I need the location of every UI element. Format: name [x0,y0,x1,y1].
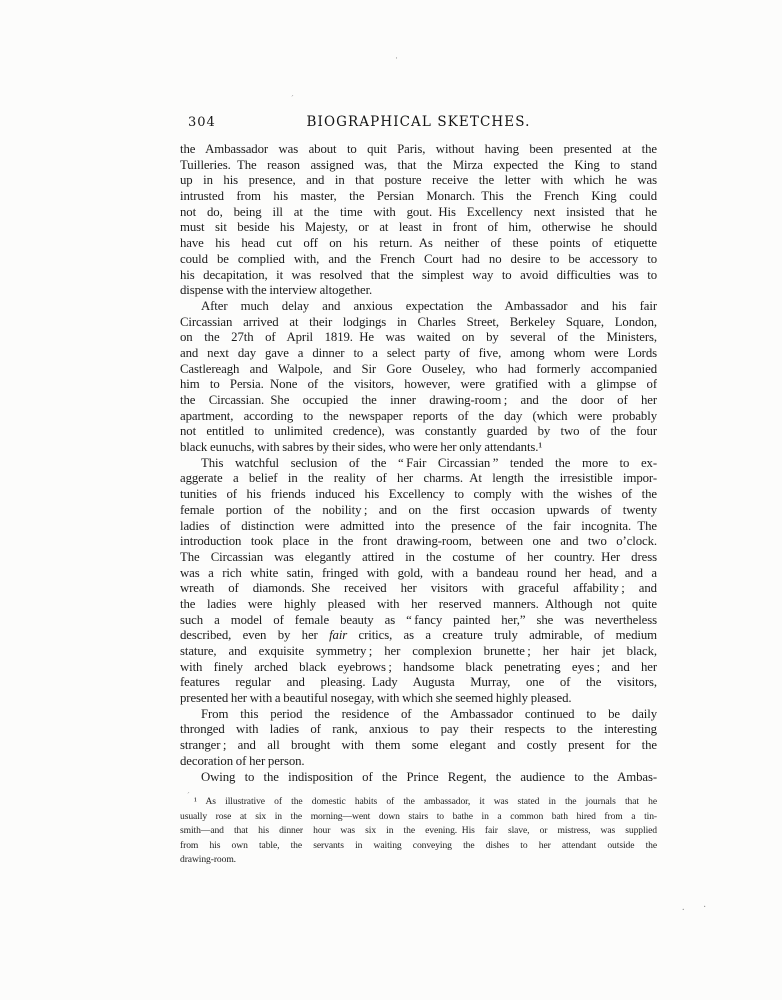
text-line: the ladies were highly pleased with her … [180,597,657,613]
scan-artifact: ˊ [291,95,294,103]
text-line: usually rose at six in the morning—went … [180,810,657,825]
paragraph-residence: From this period the residence of the Am… [180,707,657,770]
text-line: black eunuchs, with sabres by their side… [180,440,657,456]
text-line: with finely arched black eyebrows ; hand… [180,660,657,676]
text-line: intrusted from his master, the Persian M… [180,189,657,205]
text-line: must sit beside his Majesty, or at least… [180,220,657,236]
text-run: described, even by her [180,628,329,642]
text-line: such a model of female beauty as “ fancy… [180,613,657,629]
text-line: up in his presence, and in that posture … [180,173,657,189]
text-line: on the 27th of April 1819. He was waited… [180,330,657,346]
text-line: the Ambassador was about to quit Paris, … [180,142,657,158]
text-line: decoration of her person. [180,754,657,770]
text-line: not entitled to unlimited credence), was… [180,424,657,440]
text-line: ladies of distinction were admitted into… [180,519,657,535]
page-header: 304 BIOGRAPHICAL SKETCHES. [180,114,657,132]
text-line: aggerate a belief in the reality of her … [180,471,657,487]
text-line: introduction took place in the front dra… [180,534,657,550]
text-line: could be complied with, and the French C… [180,252,657,268]
paragraph-continuation: the Ambassador was about to quit Paris, … [180,142,657,299]
text-line: Tuilleries. The reason assigned was, tha… [180,158,657,174]
paragraph-arrival: After much delay and anxious expectation… [180,299,657,456]
text-line: The Circassian was elegantly attired in … [180,550,657,566]
text-line: stature, and exquisite symmetry ; her co… [180,644,657,660]
running-title: BIOGRAPHICAL SKETCHES. [180,114,657,130]
scan-artifact: . · [682,903,714,913]
text-line: tunities of his friends induced his Exce… [180,487,657,503]
text-line: not do, being ill at the time with gout.… [180,205,657,221]
text-line: from his own table, the servants in wait… [180,839,657,854]
text-line: was a rich white satin, fringed with gol… [180,566,657,582]
text-line: thronged with ladies of rank, anxious to… [180,722,657,738]
text-line: features regular and pleasing. Lady Augu… [180,675,657,691]
text-line: his decapitation, it was resolved that t… [180,268,657,284]
scan-artifact: ˊ [187,792,190,800]
text-line: Castlereagh and Walpole, and Sir Gore Ou… [180,362,657,378]
text-line: have his head cut off on his return. As … [180,236,657,252]
text-line: From this period the residence of the Am… [180,707,657,723]
scan-artifact: · [395,54,398,63]
text-line: the Circassian. She occupied the inner d… [180,393,657,409]
text-line: Circassian arrived at their lodgings in … [180,315,657,331]
text-line: apartment, according to the newspaper re… [180,409,657,425]
text-line: presented her with a beautiful nosegay, … [180,691,657,707]
paragraph-seclusion: This watchful seclusion of the “ Fair Ci… [180,456,657,707]
text-line: After much delay and anxious expectation… [180,299,657,315]
text-line: stranger ; and all brought with them som… [180,738,657,754]
text-line: smith—and that his dinner hour was six i… [180,824,657,839]
text-column: the Ambassador was about to quit Paris, … [180,142,657,785]
text-run: critics, as a creature truly admirable, … [347,628,657,642]
paragraph-audience: Owing to the indisposition of the Prince… [180,770,657,786]
text-line: him to Persia. None of the visitors, how… [180,377,657,393]
text-line: dispense with the interview altogether. [180,283,657,299]
text-line: ¹ As illustrative of the domestic habits… [180,795,657,810]
book-page: 304 BIOGRAPHICAL SKETCHES. the Ambassado… [0,0,782,1000]
text-line: This watchful seclusion of the “ Fair Ci… [180,456,657,472]
text-line: Owing to the indisposition of the Prince… [180,770,657,786]
italic-text: fair [329,628,347,642]
text-line: drawing-room. [180,853,657,868]
text-line: and next day gave a dinner to a select p… [180,346,657,362]
footnote: ¹ As illustrative of the domestic habits… [180,795,657,868]
text-line: described, even by her fair critics, as … [180,628,657,644]
scan-artifact: - [184,283,187,292]
text-line: wreath of diamonds. She received her vis… [180,581,657,597]
text-line: female portion of the nobility ; and on … [180,503,657,519]
